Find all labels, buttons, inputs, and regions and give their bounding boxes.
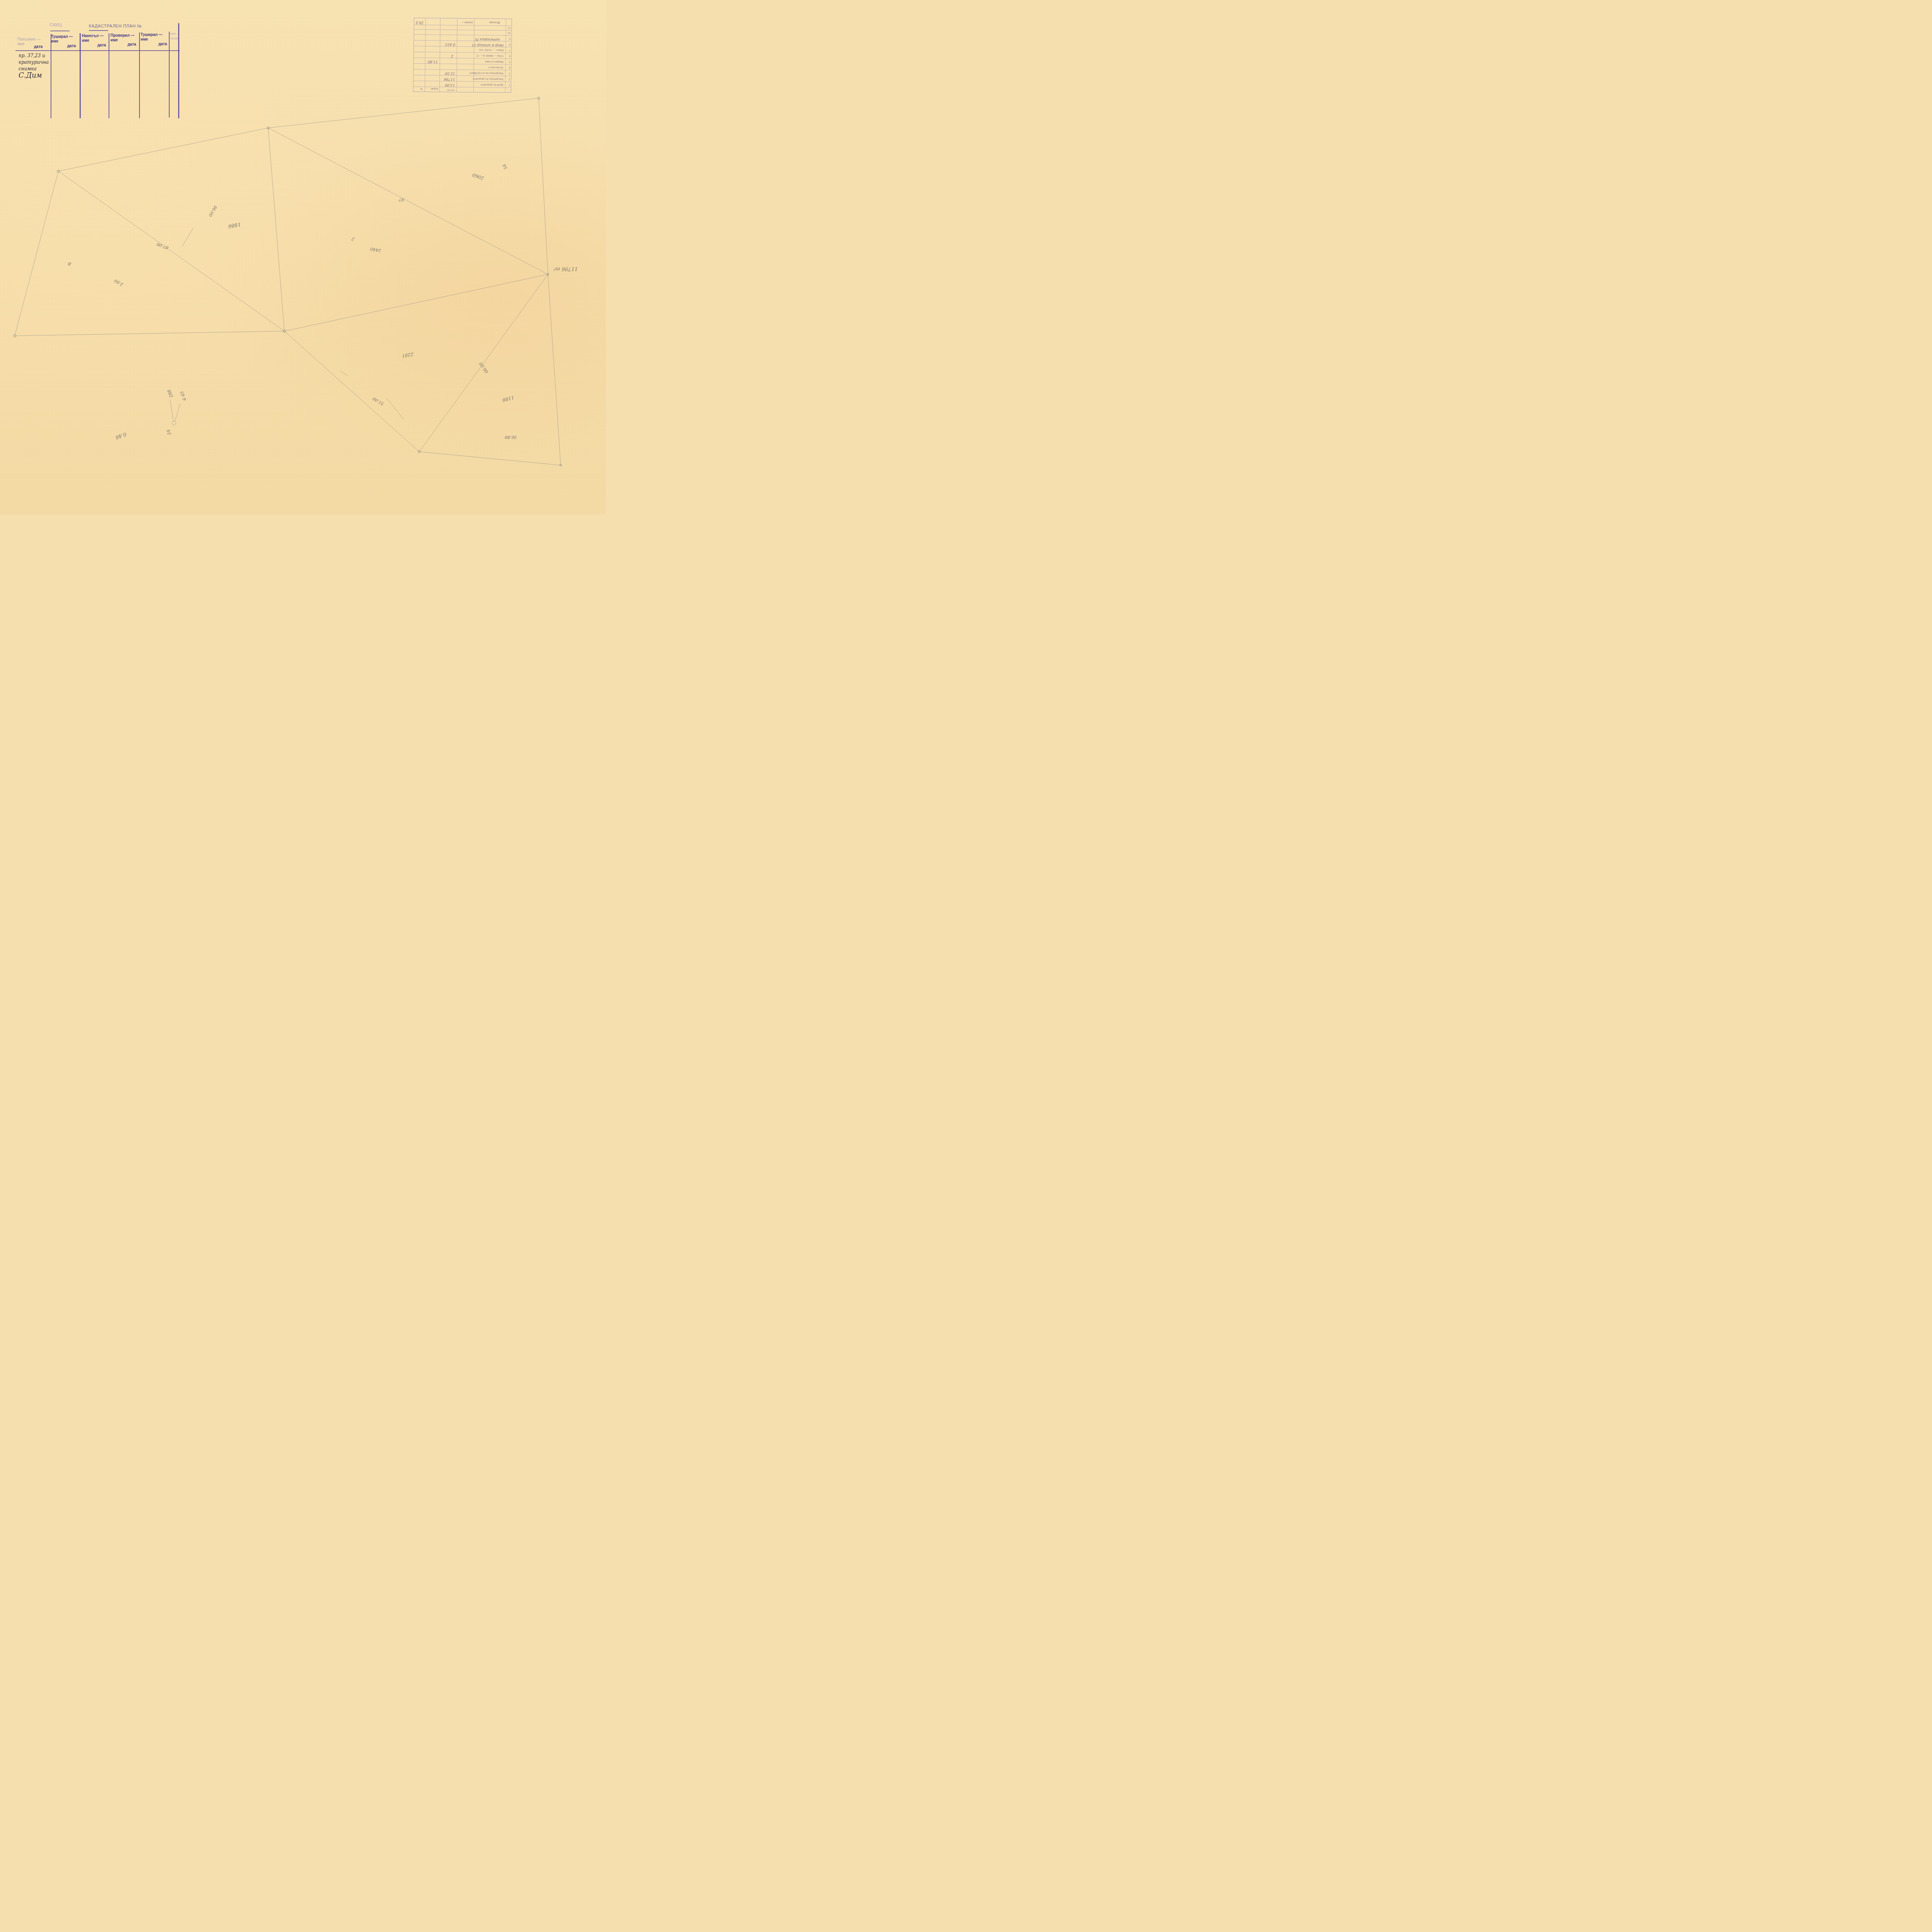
- edge-a-d: [15, 171, 58, 336]
- edge-g-h: [419, 452, 561, 465]
- edge-a-b: [58, 128, 268, 171]
- plot-label: 11796 m²: [553, 266, 578, 272]
- edge-a-e: [58, 171, 284, 331]
- stamp-title-left: СКИЦ: [49, 23, 62, 27]
- edge-b-c: [268, 98, 539, 128]
- edge-f-h: [548, 274, 561, 465]
- col-inked-1: Туширал —име: [51, 35, 73, 44]
- col-plotted: Нанесъл —име: [82, 34, 104, 43]
- edge-e-f: [284, 274, 548, 331]
- edge-c-f: [539, 98, 548, 274]
- plot-label: 97: [399, 197, 404, 202]
- row-label: Брой на дворовете: [480, 83, 503, 87]
- statistics-stamp: 1 Брой на дворовете 13.00 2 Квадратура н…: [413, 18, 512, 93]
- edge-e-g: [284, 331, 419, 452]
- handwritten-note: пр. 37,23 и кратурична снимка С.Дим: [19, 53, 49, 79]
- plot-label: 36.80: [505, 435, 517, 440]
- edge-d-e: [15, 331, 284, 336]
- signature: С.Дим: [19, 72, 49, 79]
- edge-b-f: [268, 128, 548, 274]
- col-checked: Проверил —име: [111, 34, 134, 43]
- edge-b-e: [268, 128, 284, 331]
- stamp-title-right: КАДАСТРАЛЕН ПЛАН №: [89, 24, 142, 29]
- col-map: КАР-ТАЛА: [170, 32, 178, 41]
- col-inked-2: Туширал —име: [141, 33, 163, 42]
